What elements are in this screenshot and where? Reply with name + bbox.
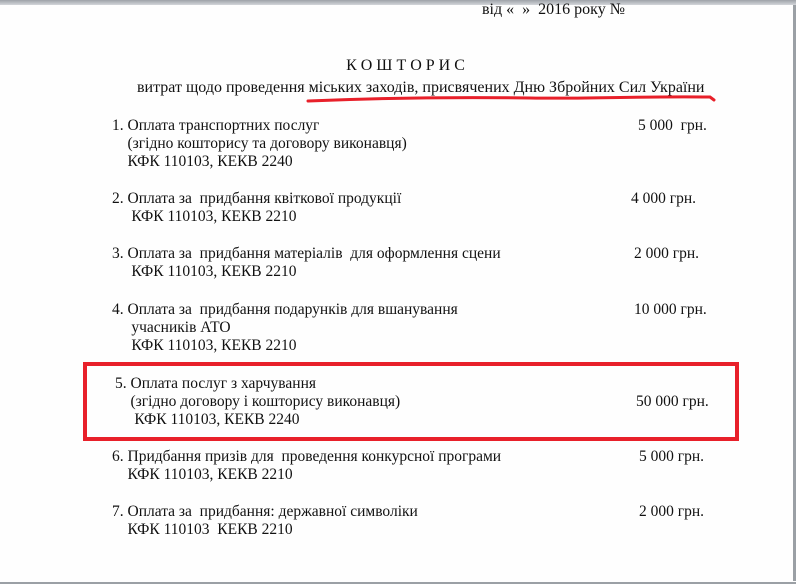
item-4-amount: 10 000 грн. — [634, 301, 707, 319]
item-1-line-1: 1. Оплата транспортних послуг — [112, 117, 319, 135]
red-underline-annotation — [300, 88, 730, 108]
item-7-line-1: 7. Оплата за придбання: державної символ… — [112, 503, 418, 521]
item-1-amount: 5 000 грн. — [638, 117, 707, 135]
item-5-line-1: 5. Оплата послуг з харчування — [115, 375, 316, 393]
item-4-line-3: КФК 110103, КЕКВ 2210 — [112, 337, 297, 355]
header-date: від « » 2016 року № — [482, 1, 625, 19]
item-2-amount: 4 000 грн. — [631, 190, 696, 208]
item-7-line-2: КФК 110103 КЕКВ 2210 — [112, 521, 293, 539]
item-3-amount: 2 000 грн. — [634, 245, 699, 263]
item-6-line-1: 6. Придбання призів для проведення конку… — [112, 448, 501, 466]
item-6-line-2: КФК 110103, КЕКВ 2210 — [112, 466, 293, 484]
item-1-line-2: (згідно кошторису та договору виконавця) — [112, 135, 407, 153]
item-4-line-1: 4. Оплата за придбання подарунків для вш… — [112, 301, 458, 319]
item-7-amount: 2 000 грн. — [639, 503, 704, 521]
item-5-line-2: (згідно договору і кошторису виконавця) — [115, 393, 400, 411]
item-2-line-2: КФК 110103, КЕКВ 2210 — [112, 208, 297, 226]
item-6-amount: 5 000 грн. — [639, 448, 704, 466]
item-1-line-3: КФК 110103, КЕКВ 2240 — [112, 153, 293, 171]
item-4-line-2: учасників АТО — [112, 319, 231, 337]
item-3-line-1: 3. Оплата за придбання матеріалів для оф… — [112, 245, 501, 263]
item-5-amount: 50 000 грн. — [636, 393, 709, 411]
item-5-line-3: КФК 110103, КЕКВ 2240 — [115, 411, 300, 429]
item-2-line-1: 2. Оплата за придбання квіткової продукц… — [112, 190, 401, 208]
document-title: К О Ш Т О Р И С — [0, 57, 796, 75]
item-3-line-2: КФК 110103, КЕКВ 2210 — [112, 263, 297, 281]
